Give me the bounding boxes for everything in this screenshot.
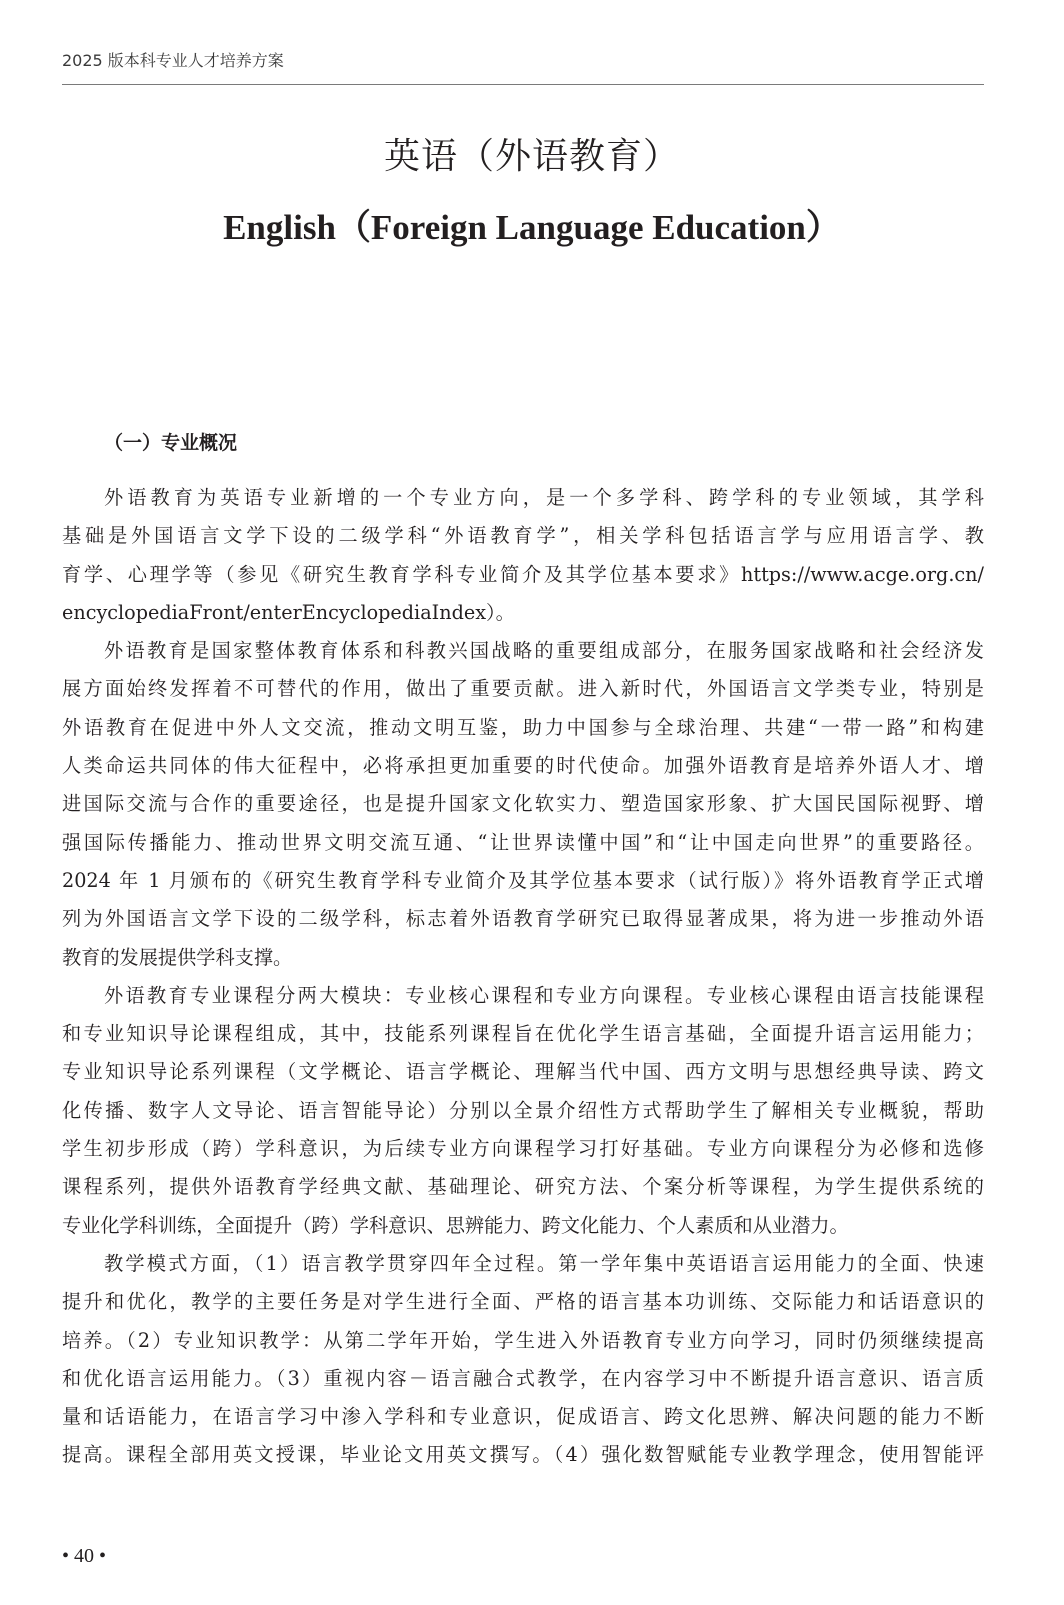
- paragraph-3-line: 课程系列，提供外语教育学经典文献、基础理论、研究方法、个案分析等课程，为学生提供…: [62, 1168, 984, 1206]
- header-divider: [62, 84, 984, 85]
- paragraph-2-line: 进国际交流与合作的重要途径，也是提升国家文化软实力、塑造国家形象、扩大国民国际视…: [62, 785, 984, 823]
- paragraph-1-line: 外语教育为英语专业新增的一个专业方向，是一个多学科、跨学科的专业领域，其学科: [62, 479, 984, 517]
- paragraph-2-line: 教育的发展提供学科支撑。: [62, 939, 984, 977]
- paragraph-3-line: 外语教育专业课程分两大模块：专业核心课程和专业方向课程。专业核心课程由语言技能课…: [62, 977, 984, 1015]
- paragraph-4-line: 提升和优化，教学的主要任务是对学生进行全面、严格的语言基本功训练、交际能力和话语…: [62, 1283, 984, 1321]
- paragraph-4-line: 量和话语能力，在语言学习中渗入学科和专业意识，促成语言、跨文化思辨、解决问题的能…: [62, 1398, 984, 1436]
- running-header: 2025 版本科专业人才培养方案: [62, 48, 284, 71]
- paragraph-1-line: 育学、心理学等（参见《研究生教育学科专业简介及其学位基本要求》https://w…: [62, 556, 984, 594]
- paragraph-3-line: 学生初步形成（跨）学科意识，为后续专业方向课程学习打好基础。专业方向课程分为必修…: [62, 1130, 984, 1168]
- paragraph-3-line: 专业知识导论系列课程（文学概论、语言学概论、理解当代中国、西方文明与思想经典导读…: [62, 1053, 984, 1091]
- page-number: • 40 •: [62, 1545, 106, 1568]
- paragraph-3-line: 和专业知识导论课程组成，其中，技能系列课程旨在优化学生语言基础，全面提升语言运用…: [62, 1015, 984, 1053]
- paragraph-3-line: 专业化学科训练，全面提升（跨）学科意识、思辨能力、跨文化能力、个人素质和从业潜力…: [62, 1207, 984, 1245]
- section-heading: （一）专业概况: [104, 428, 237, 455]
- paragraph-1-line: 基础是外国语言文学下设的二级学科“外语教育学”，相关学科包括语言学与应用语言学、…: [62, 517, 984, 555]
- paragraph-1-line: encyclopediaFront/enterEncyclopediaIndex…: [62, 594, 984, 632]
- paragraph-2-line: 展方面始终发挥着不可替代的作用，做出了重要贡献。进入新时代，外国语言文学类专业，…: [62, 670, 984, 708]
- paragraph-2-line: 外语教育是国家整体教育体系和科教兴国战略的重要组成部分，在服务国家战略和社会经济…: [62, 632, 984, 670]
- paragraph-4-line: 提高。课程全部用英文授课，毕业论文用英文撰写。（4）强化数智赋能专业教学理念，使…: [62, 1436, 984, 1474]
- body-text: 外语教育为英语专业新增的一个专业方向，是一个多学科、跨学科的专业领域，其学科 基…: [62, 479, 984, 1475]
- paragraph-3-line: 化传播、数字人文导论、语言智能导论）分别以全景介绍性方式帮助学生了解相关专业概貌…: [62, 1092, 984, 1130]
- paragraph-2-line: 强国际传播能力、推动世界文明交流互通、“让世界读懂中国”和“让中国走向世界”的重…: [62, 824, 984, 862]
- paragraph-2-line: 外语教育在促进中外人文交流，推动文明互鉴，助力中国参与全球治理、共建“一带一路”…: [62, 709, 984, 747]
- paragraph-4-line: 培养。（2）专业知识教学：从第二学年开始，学生进入外语教育专业方向学习，同时仍须…: [62, 1322, 984, 1360]
- paragraph-4-line: 教学模式方面，（1）语言教学贯穿四年全过程。第一学年集中英语语言运用能力的全面、…: [62, 1245, 984, 1283]
- paragraph-2-line: 人类命运共同体的伟大征程中，必将承担更加重要的时代使命。加强外语教育是培养外语人…: [62, 747, 984, 785]
- paragraph-2-line: 2024 年 1 月颁布的《研究生教育学科专业简介及其学位基本要求（试行版）》将…: [62, 862, 984, 900]
- page-title-english: English（Foreign Language Education）: [0, 200, 1064, 250]
- paragraph-2-line: 列为外国语言文学下设的二级学科，标志着外语教育学研究已取得显著成果，将为进一步推…: [62, 900, 984, 938]
- page-title-chinese: 英语（外语教育）: [0, 128, 1064, 179]
- paragraph-4-line: 和优化语言运用能力。（3）重视内容－语言融合式教学，在内容学习中不断提升语言意识…: [62, 1360, 984, 1398]
